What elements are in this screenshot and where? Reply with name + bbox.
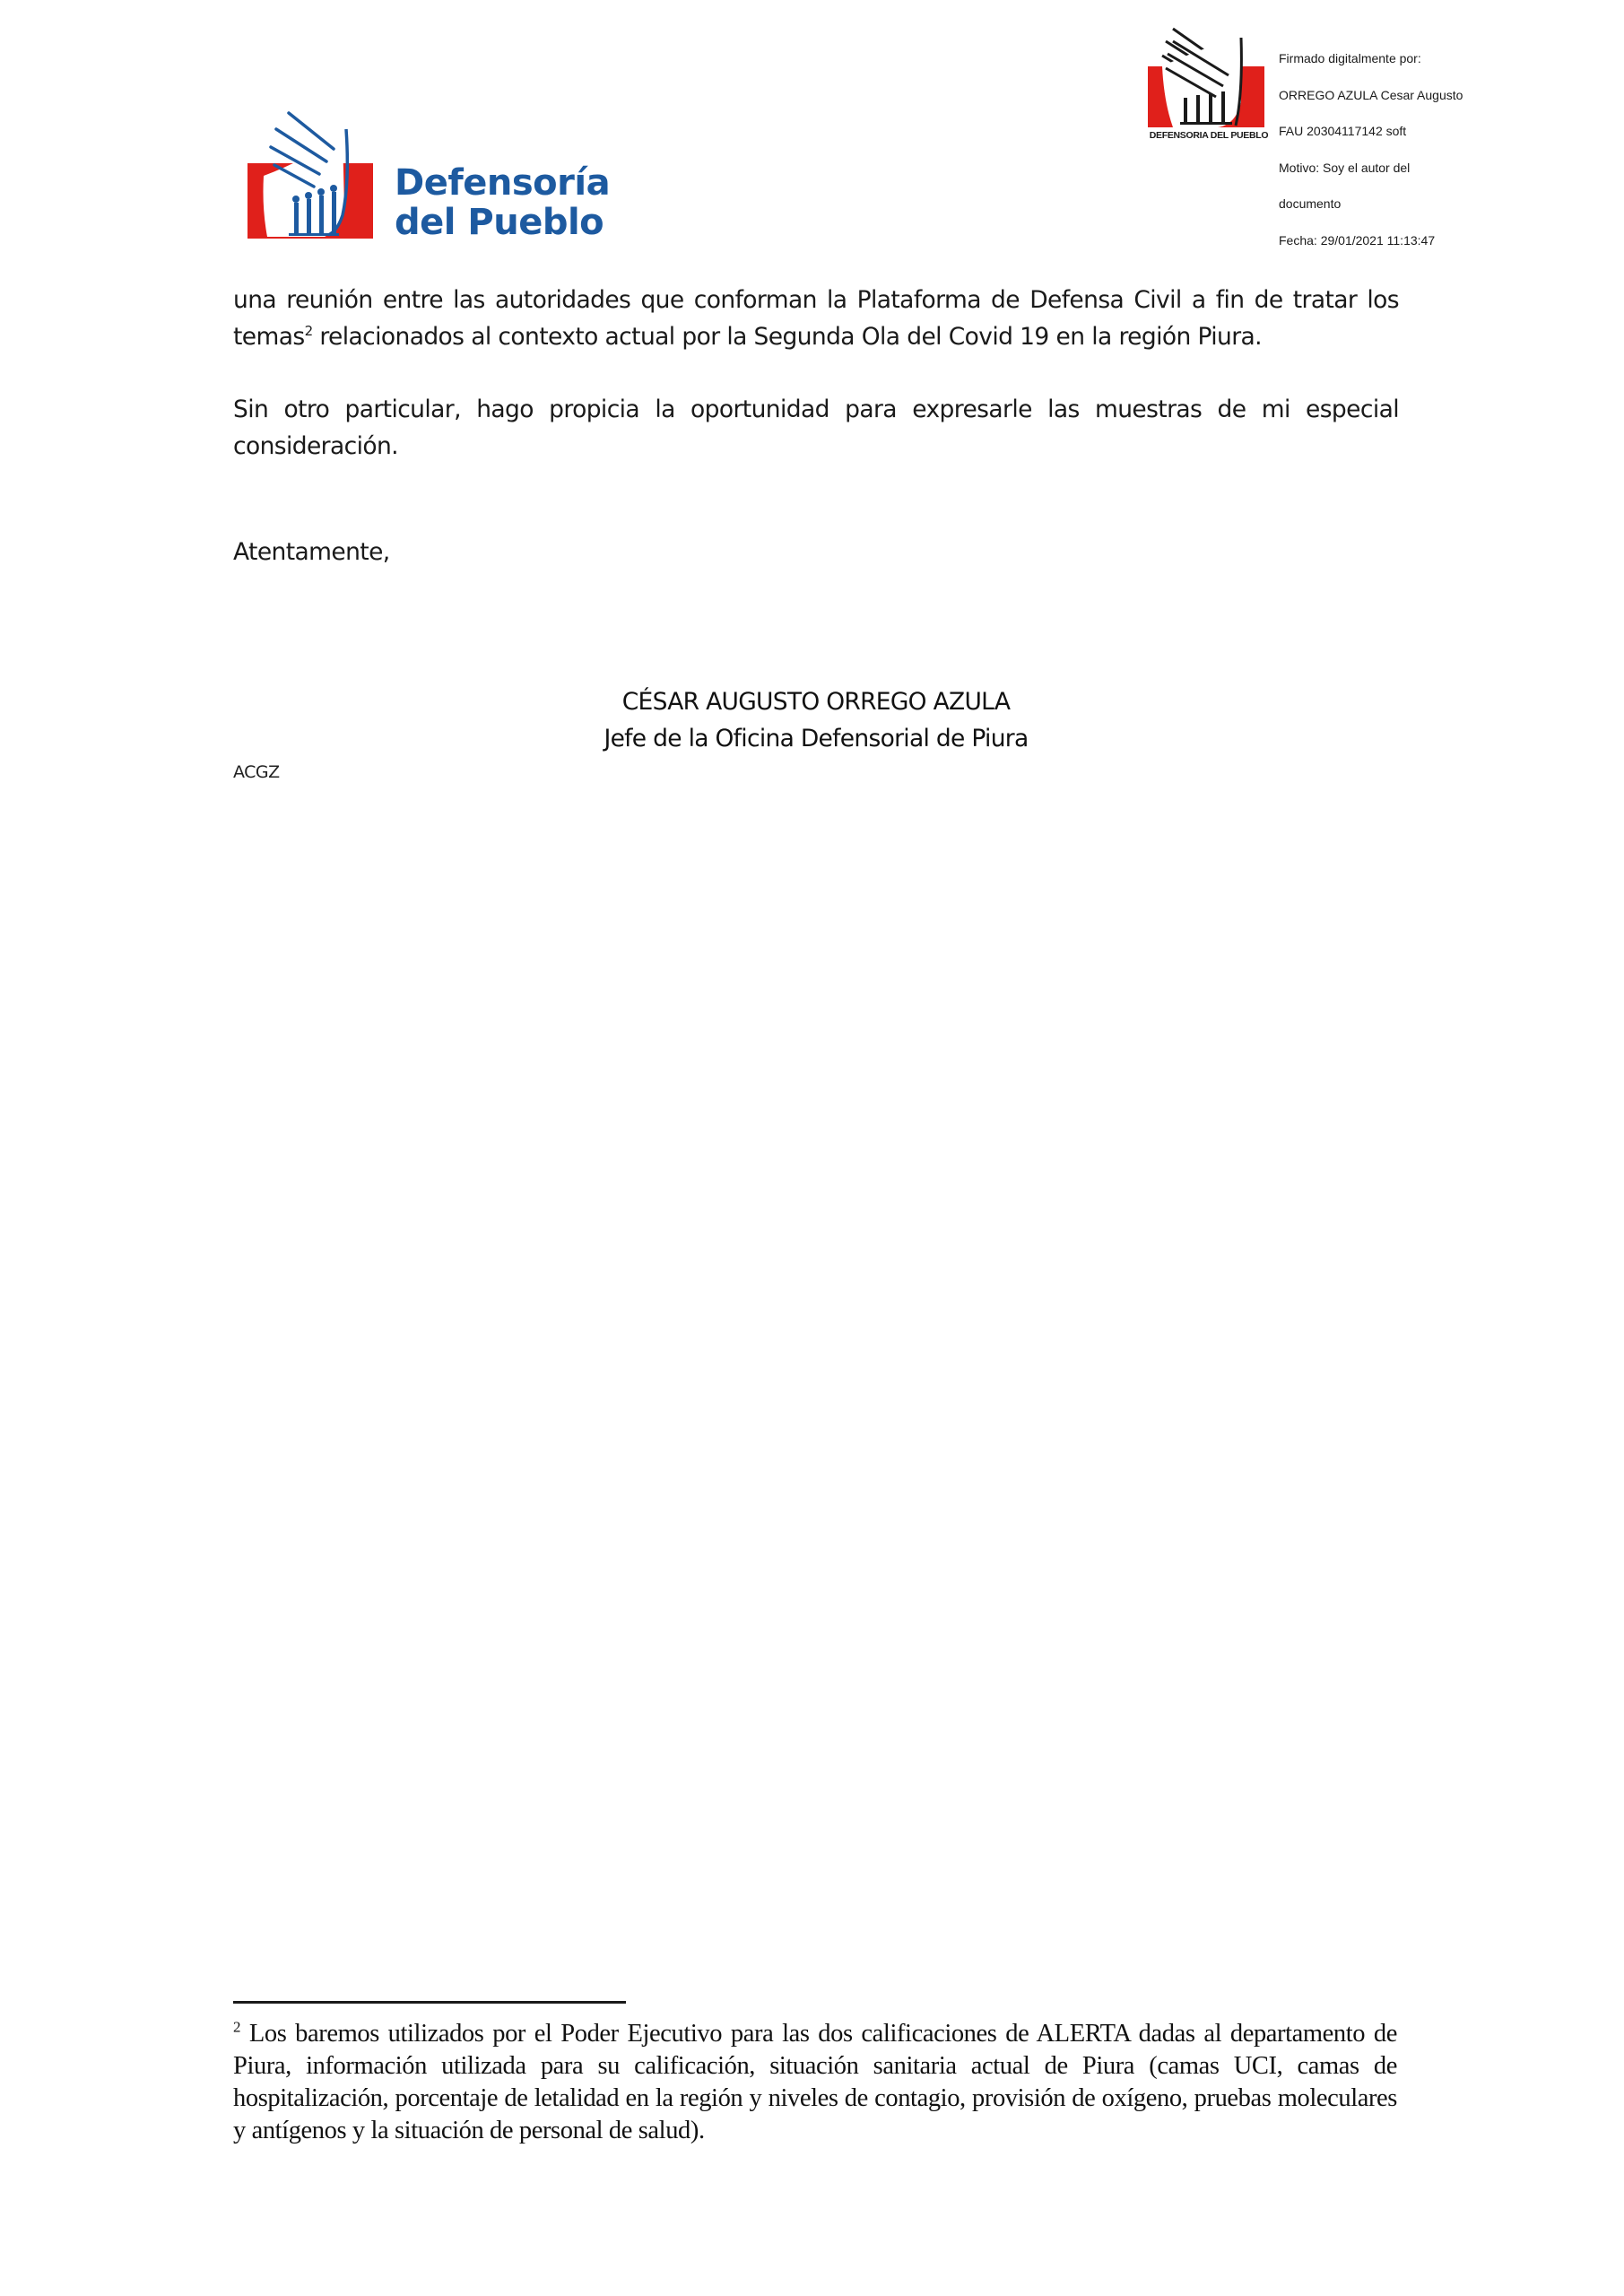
signature-block: CÉSAR AUGUSTO ORREGO AZULA Jefe de la Of… [502, 683, 1130, 757]
defensoria-emblem-icon [244, 109, 378, 244]
footnote-separator [233, 2001, 626, 2004]
footnote: 2 Los baremos utilizados por el Poder Ej… [233, 2018, 1397, 2147]
signer-name: CÉSAR AUGUSTO ORREGO AZULA [502, 683, 1130, 720]
signature-line: FAU 20304117142 soft [1279, 126, 1463, 138]
logo-line-1: Defensoría [395, 163, 610, 203]
logo-line-2: del Pueblo [395, 203, 610, 242]
defensoria-logo: Defensoría del Pueblo [244, 109, 585, 244]
paragraph-text: relacionados al contexto actual por la S… [313, 323, 1263, 351]
signature-details: Firmado digitalmente por: ORREGO AZULA C… [1279, 29, 1463, 271]
paragraph-farewell: Sin otro particular, hago propicia la op… [233, 391, 1399, 465]
defensoria-emblem-icon [1146, 13, 1272, 147]
signature-line: documento [1279, 198, 1463, 211]
signature-line: Firmado digitalmente por: [1279, 53, 1463, 65]
signature-line: Motivo: Soy el autor del [1279, 162, 1463, 175]
signature-line: Fecha: 29/01/2021 11:13:47 [1279, 235, 1463, 248]
digital-signature-stamp: DEFENSORIA DEL PUEBLO Firmado digitalmen… [1146, 13, 1621, 147]
reference-initials: ACGZ [233, 762, 280, 782]
stamp-logo-caption: DEFENSORIA DEL PUEBLO [1146, 130, 1272, 141]
footnote-text: Los baremos utilizados por el Poder Ejec… [233, 2020, 1397, 2144]
footnote-number: 2 [233, 2019, 240, 2036]
signature-line: ORREGO AZULA Cesar Augusto [1279, 90, 1463, 102]
closing-salutation: Atentamente, [233, 538, 390, 566]
logo-wordmark: Defensoría del Pueblo [395, 163, 610, 242]
footnote-reference[interactable]: 2 [305, 323, 313, 339]
signer-title: Jefe de la Oficina Defensorial de Piura [502, 720, 1130, 757]
paragraph-meeting: una reunión entre las autoridades que co… [233, 282, 1399, 355]
